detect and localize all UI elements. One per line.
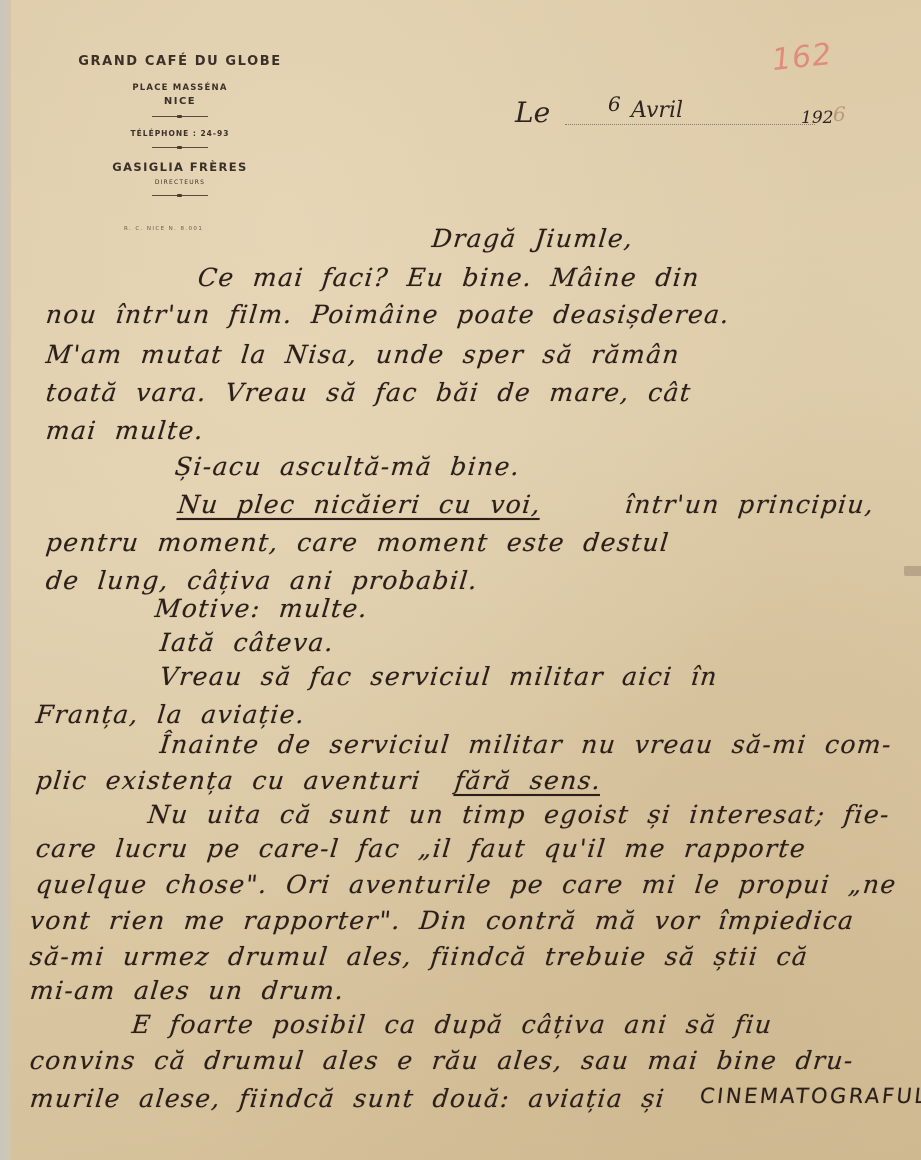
letter-line: Nu uita că sunt un timp egoist și intere… [146, 800, 891, 829]
letter-line: într'un principiu, [623, 490, 875, 519]
letter-line: mai multe. [44, 416, 205, 445]
letter-line: murile alese, fiindcă sunt două: aviația… [28, 1084, 666, 1113]
letter-line: Înainte de serviciul militar nu vreau să… [158, 730, 893, 759]
letter-line: toată vara. Vreau să fac băi de mare, câ… [44, 378, 692, 407]
letter-line: M'am mutat la Nisa, unde sper să rămân [44, 340, 681, 369]
letter-line: quelque chose". Ori aventurile pe care m… [34, 870, 898, 899]
letter-line: Și-acu ascultă-mă bine. [173, 452, 521, 481]
letter-line: convins că drumul ales e rău ales, sau m… [28, 1046, 855, 1075]
letter-body: Dragă Jiumle, Ce mai faci? Eu bine. Mâin… [0, 0, 921, 1160]
letter-line: vont rien me rapporter". Din contră mă v… [28, 906, 856, 935]
letter-line: Franța, la aviație. [34, 700, 306, 729]
letter-line: Vreau să fac serviciul militar aici în [158, 662, 719, 691]
letter-line: E foarte posibil ca după câțiva ani să f… [130, 1010, 774, 1039]
paper-clip-mark [904, 566, 921, 576]
letter-line: de lung, câțiva ani probabil. [44, 566, 479, 595]
underlined-phrase: fără sens. [453, 766, 603, 795]
underlined-phrase: Nu plec nicăieri cu voi, [176, 490, 542, 519]
letter-line: mi-am ales un drum. [28, 976, 346, 1005]
letter-line: plic existența cu aventuri [34, 766, 422, 795]
letter-line: Iată câteva. [158, 628, 335, 657]
letter-line: Motive: multe. [153, 594, 369, 623]
salutation: Dragă Jiumle, [430, 224, 635, 253]
letter-line: nou într'un film. Poimâine poate deasișd… [44, 300, 731, 329]
letter-line: Ce mai faci? Eu bine. Mâine din [196, 263, 701, 292]
letter-line: care lucru pe care-l fac „il faut qu'il … [34, 834, 807, 863]
caps-word-cinematograful: CINEMATOGRAFUL [699, 1084, 921, 1108]
letter-line: pentru moment, care moment este destul [44, 528, 671, 557]
letter-line: să-mi urmez drumul ales, fiindcă trebuie… [28, 942, 809, 971]
